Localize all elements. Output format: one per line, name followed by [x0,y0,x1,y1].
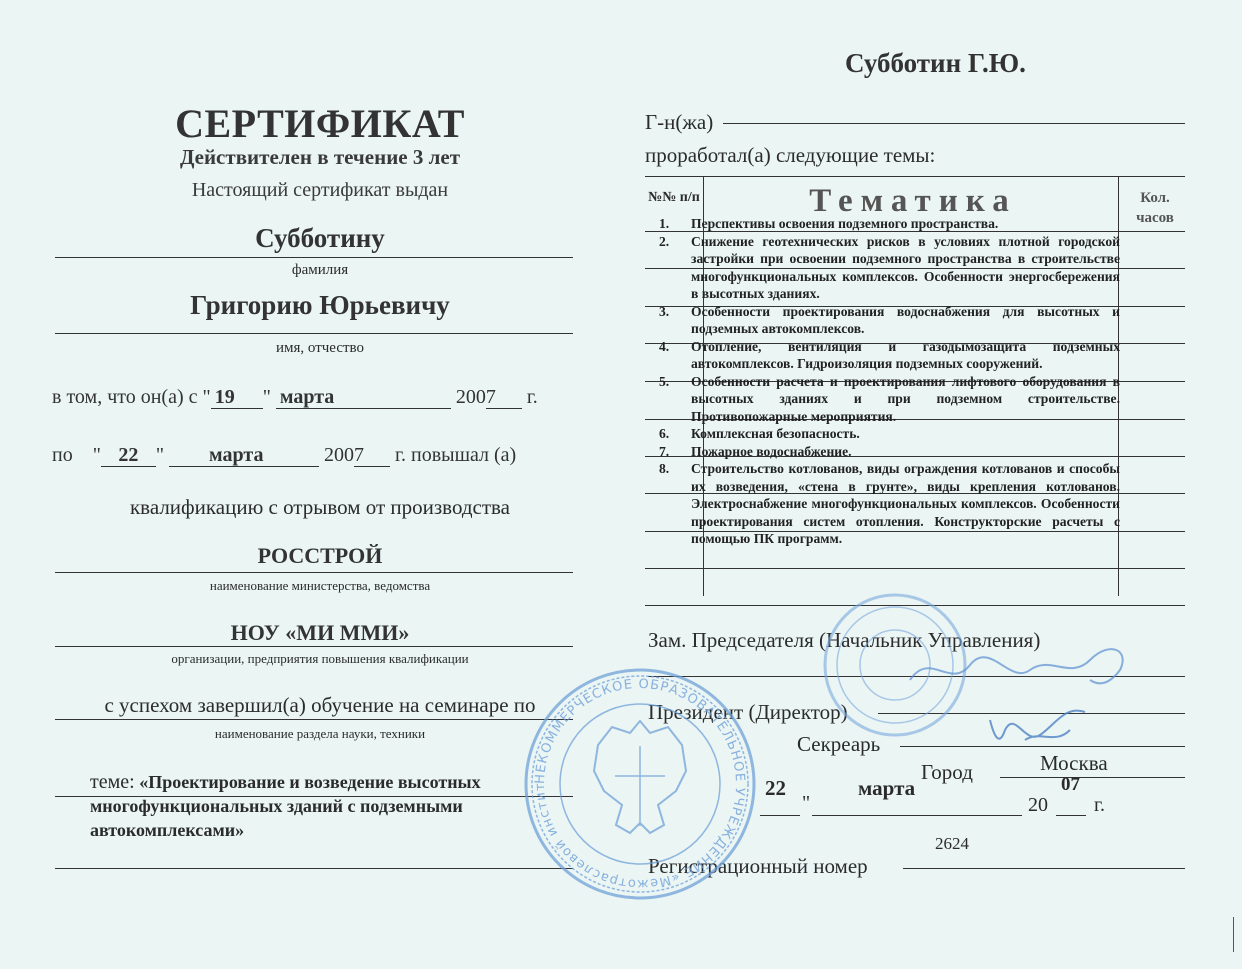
to-date-suffix: г. повышал (а) [395,444,516,466]
table-row: 7.Пожарное водоснабжение. [655,443,1120,461]
topic-number: 4. [655,338,691,373]
quote-open: " [203,386,211,408]
deputy-chair-label: Зам. Председателя (Начальник Управления) [648,628,1040,653]
organization-underline [55,646,573,647]
table-row: 8.Строительство котлованов, виды огражде… [655,460,1120,548]
topic-number: 3. [655,303,691,338]
mr-mrs-underline [723,123,1185,124]
registration-number: 2624 [935,834,969,854]
topic-text: Отопление, вентиляция и газодымозащита п… [691,338,1120,373]
qualification-text: квалификацию с отрывом от производства [60,495,580,520]
issue-year: 07 [1061,774,1080,796]
topic-number: 1. [655,215,691,233]
topic-text: Особенности проектирования водоснабжения… [691,303,1120,338]
issue-century: 20 [1028,794,1048,817]
to-date-line: по "22" марта 2007 г. повышал (а) [52,444,516,467]
holder-short-name: Субботин Г.Ю. [845,48,1026,79]
topic-text: Снижение геотехнических рисков в условия… [691,233,1120,303]
from-year-unit: г. [527,386,538,408]
president-signature-icon [985,700,1095,752]
president-signature-line [878,713,1185,714]
city-underline [1000,777,1185,778]
header-hours: Кол. часов [1125,188,1185,228]
validity-text: Действителен в течение 3 лет [60,145,580,170]
topic-text: Перспективы освоения подземного простран… [691,215,1120,233]
city-value: Москва [1040,751,1108,776]
table-row: 1.Перспективы освоения подземного простр… [655,215,1120,233]
name-patronymic-value: Григорию Юрьевичу [60,290,580,321]
surname-caption: фамилия [60,262,580,279]
topic-number: 2. [655,233,691,303]
city-label: Город [921,760,973,785]
from-month: марта [276,386,451,409]
surname-underline [55,257,573,258]
topic-number: 6. [655,425,691,443]
issue-day: 22 [765,776,786,801]
to-year-suffix: 7 [354,444,390,467]
table-top-border [645,176,1185,177]
ministry-value: РОССТРОЙ [60,543,580,569]
to-day: 22 [101,444,156,467]
from-date-prefix: в том, что он(а) с [52,386,198,408]
seminar-topic: теме: «Проектирование и возведение высот… [90,770,560,842]
topic-text: Строительство котлованов, виды ограждени… [691,460,1120,548]
registration-label: Регистрационный номер [648,854,868,879]
topic-number: 8. [655,460,691,548]
to-date-prefix: по [52,444,73,466]
page-edge-mark [1233,917,1234,952]
issue-month: марта [858,776,915,801]
issue-year-unit: г. [1094,794,1105,817]
to-month: марта [169,444,319,467]
deputy-signature-line [648,676,1185,677]
topic-value: «Проектирование и возведение высотных мн… [90,772,481,840]
from-day: 19 [211,386,263,409]
topics-list: 1.Перспективы освоения подземного простр… [655,215,1120,548]
seminar-caption: наименование раздела науки, техники [60,726,580,742]
topic-label: теме: [90,771,135,793]
issue-day-underline [760,815,800,816]
ministry-underline [55,572,573,573]
issue-year-underline [1056,815,1086,816]
topic-number: 7. [655,443,691,461]
mr-mrs-label: Г-н(жа) [645,110,713,135]
issued-to-text: Настоящий сертификат выдан [60,179,580,202]
topic-text: Особенности расчета и проектирования лиф… [691,373,1120,426]
topic-underline [55,796,573,797]
from-year-suffix: 7 [486,386,522,409]
organization-value: НОУ «МИ ММИ» [60,620,580,646]
registration-underline [903,868,1185,869]
table-row: 6.Комплексная безопасность. [655,425,1120,443]
name-underline [55,333,573,334]
from-year-prefix: 200 [456,386,486,408]
seminar-text: с успехом завершил(а) обучение на семина… [60,693,580,718]
topic-text: Комплексная безопасность. [691,425,1120,443]
table-row: 4.Отопление, вентиляция и газодымозащита… [655,338,1120,373]
header-number: №№ п/п [645,188,703,207]
issue-month-underline [812,815,1022,816]
quote-open: " [93,444,101,466]
table-row-line [645,605,1185,606]
president-label: Президент (Директор) [648,700,848,725]
secretary-signature-line [900,746,1185,747]
secretary-label: Секреарь [797,732,880,757]
topic-text: Пожарное водоснабжение. [691,443,1120,461]
worked-topics-label: проработал(а) следующие темы: [645,143,935,168]
quote-close: " [263,386,271,408]
ministry-caption: наименование министерства, ведомства [60,578,580,594]
to-year-prefix: 200 [324,444,354,466]
table-row: 2.Снижение геотехнических рисков в услов… [655,233,1120,303]
issue-date-quote: " [802,792,810,815]
organization-caption: организации, предприятия повышения квали… [60,651,580,667]
topic-number: 5. [655,373,691,426]
certificate-title: СЕРТИФИКАТ [60,100,580,147]
seminar-underline [55,719,573,720]
from-date-line: в том, что он(а) с "19" марта 2007 г. [52,386,538,409]
topic-underline-2 [55,868,573,869]
table-row-line [645,568,1185,569]
table-row: 3.Особенности проектирования водоснабжен… [655,303,1120,338]
name-caption: имя, отчество [60,340,580,357]
quote-close: " [156,444,164,466]
table-row: 5.Особенности расчета и проектирования л… [655,373,1120,426]
surname-value: Субботину [60,223,580,254]
